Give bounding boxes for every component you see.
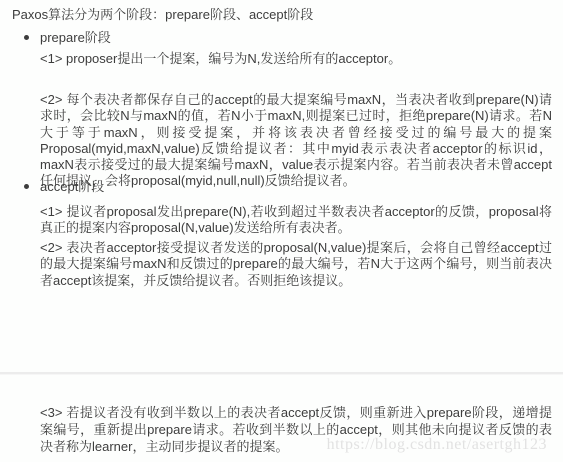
bullet-icon (24, 35, 29, 40)
list-item-accept-phase: accept阶段 (24, 178, 553, 195)
list-item-label: prepare阶段 (40, 30, 111, 45)
paragraph-prepare-step1: <1> proposer提出一个提案，编号为N,发送给所有的acceptor。 (40, 51, 552, 67)
paragraph-accept-step2: <2> 表决者acceptor接受提议者发送的proposal(N,value)… (40, 240, 552, 289)
section-divider (0, 372, 563, 375)
list-item-prepare-phase: prepare阶段 (24, 29, 553, 46)
list-item-label: accept阶段 (40, 179, 104, 194)
csdn-watermark: https://blog.csdn.net/asertgh123 (327, 436, 547, 454)
bullet-icon (24, 184, 29, 189)
paragraph-accept-step1: <1> 提议者proposal发出prepare(N),若收到超过半数表决者ac… (40, 204, 552, 237)
paragraph-prepare-step2: <2> 每个表决者都保存自己的accept的最大提案编号maxN，当表决者收到p… (40, 92, 552, 190)
page-title: Paxos算法分为两个阶段：prepare阶段、accept阶段 (12, 6, 553, 23)
